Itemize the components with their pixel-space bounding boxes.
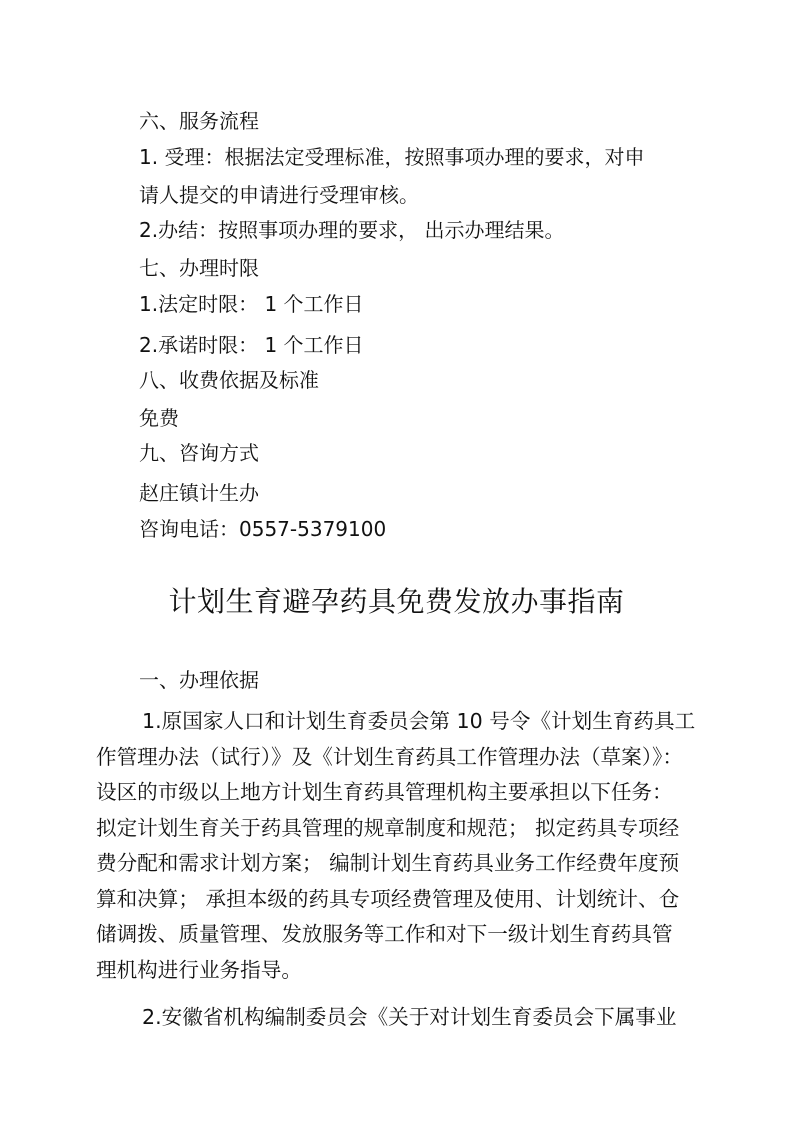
legal-time-limit: 1.法定时限： 1 个工作日 bbox=[139, 292, 364, 316]
consultation-office: 赵庄镇计生办 bbox=[139, 481, 259, 505]
paragraph-line: 2.安徽省机构编制委员会《关于对计划生育委员会下属事业 bbox=[96, 1000, 698, 1036]
section-heading-time-limit: 七、办理时限 bbox=[139, 256, 259, 280]
paragraph-line: 作管理办法（试行）》及《计划生育药具工作管理办法（草案）》： bbox=[96, 740, 698, 776]
section-heading-consultation: 九、咨询方式 bbox=[139, 441, 259, 465]
paragraph-line: 拟定计划生育关于药具管理的规章制度和规范； 拟定药具专项经 bbox=[96, 811, 698, 847]
document-page: 六、服务流程 1. 受理：根据法定受理标准，按照事项办理的要求，对申 请人提交的… bbox=[0, 0, 793, 1122]
service-flow-step-1: 1. 受理：根据法定受理标准，按照事项办理的要求，对申 bbox=[139, 145, 644, 169]
paragraph-line: 费分配和需求计划方案； 编制计划生育药具业务工作经费年度预 bbox=[96, 846, 698, 882]
paragraph-line: 1.原国家人口和计划生育委员会第 10 号令《计划生育药具工 bbox=[96, 704, 698, 740]
basis-paragraph-1: 1.原国家人口和计划生育委员会第 10 号令《计划生育药具工 作管理办法（试行）… bbox=[96, 704, 698, 988]
section-heading-basis: 一、办理依据 bbox=[139, 668, 259, 692]
section-heading-service-flow: 六、服务流程 bbox=[139, 109, 259, 133]
fee-value: 免费 bbox=[139, 406, 179, 430]
paragraph-line: 算和决算； 承担本级的药具专项经费管理及使用、计划统计、仓 bbox=[96, 882, 698, 918]
service-flow-step-2: 2.办结：按照事项办理的要求， 出示办理结果。 bbox=[139, 218, 564, 242]
section-heading-fees: 八、收费依据及标准 bbox=[139, 368, 319, 392]
paragraph-line: 设区的市级以上地方计划生育药具管理机构主要承担以下任务： bbox=[96, 775, 698, 811]
document-title: 计划生育避孕药具免费发放办事指南 bbox=[0, 585, 793, 619]
promised-time-limit: 2.承诺时限： 1 个工作日 bbox=[139, 333, 364, 357]
paragraph-line: 理机构进行业务指导。 bbox=[96, 953, 698, 989]
paragraph-line: 储调拨、质量管理、发放服务等工作和对下一级计划生育药具管 bbox=[96, 917, 698, 953]
basis-paragraph-2: 2.安徽省机构编制委员会《关于对计划生育委员会下属事业 bbox=[96, 1000, 698, 1036]
consultation-phone: 咨询电话：0557-5379100 bbox=[139, 517, 386, 541]
service-flow-step-1-cont: 请人提交的申请进行受理审核。 bbox=[139, 183, 419, 207]
